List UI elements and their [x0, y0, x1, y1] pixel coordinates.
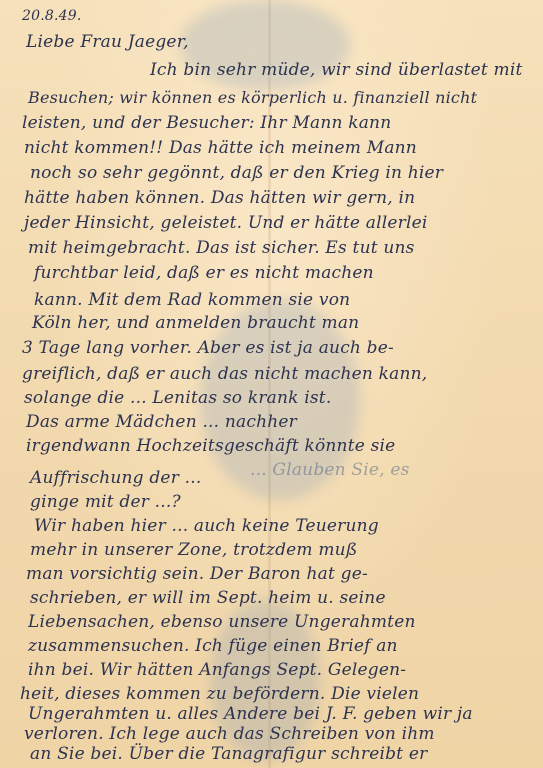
letter-line: ihn bei. Wir hätten Anfangs Sept. Gelege… [28, 660, 406, 680]
letter-line: mehr in unserer Zone, trotzdem muß [30, 540, 357, 560]
letter-date: 20.8.49. [22, 8, 82, 24]
letter-line: zusammensuchen. Ich füge einen Brief an [28, 636, 398, 656]
letter-line: Auffrischung der ... [30, 468, 201, 488]
letter-line: noch so sehr gegönnt, daß er den Krieg i… [30, 163, 443, 183]
letter-line: solange die ... Lenitas so krank ist. [24, 388, 331, 408]
letter-line: leisten, und der Besucher: Ihr Mann kann [22, 113, 391, 133]
letter-line: Ich bin sehr müde, wir sind überlastet m… [150, 60, 523, 80]
letter-line: Das arme Mädchen ... nachher [26, 412, 297, 432]
letter-line: ginge mit der ...? [30, 492, 181, 512]
letter-salutation: Liebe Frau Jaeger, [26, 32, 189, 52]
letter-line: Liebensachen, ebenso unsere Ungerahmten [28, 612, 416, 632]
letter-line: 3 Tage lang vorher. Aber es ist ja auch … [22, 338, 394, 358]
letter-line: irgendwann Hochzeitsgeschäft könnte sie [26, 436, 395, 456]
letter-line: kann. Mit dem Rad kommen sie von [34, 290, 350, 310]
letter-line: Besuchen; wir können es körperlich u. fi… [28, 88, 477, 107]
letter-line: ... Glauben Sie, es [250, 460, 410, 480]
letter-line: an Sie bei. Über die Tanagrafigur schrei… [30, 744, 427, 764]
letter-line: man vorsichtig sein. Der Baron hat ge- [26, 564, 368, 584]
letter-line: Köln her, und anmelden braucht man [32, 313, 359, 333]
letter-line: greiflich, daß er auch das nicht machen … [22, 364, 427, 384]
letter-line: Ungerahmten u. alles Andere bei J. F. ge… [28, 704, 473, 724]
letter-page: 20.8.49. Liebe Frau Jaeger, Ich bin sehr… [0, 0, 543, 768]
letter-line: jeder Hinsicht, geleistet. Und er hätte … [24, 213, 428, 233]
letter-line: Wir haben hier ... auch keine Teuerung [34, 516, 379, 536]
letter-line: furchtbar leid, daß er es nicht machen [34, 263, 374, 283]
letter-line: nicht kommen!! Das hätte ich meinem Mann [24, 138, 417, 158]
letter-line: schrieben, er will im Sept. heim u. sein… [30, 588, 386, 608]
letter-line: mit heimgebracht. Das ist sicher. Es tut… [28, 238, 415, 258]
letter-line: heit, dieses kommen zu befördern. Die vi… [20, 684, 419, 704]
letter-line: verloren. Ich lege auch das Schreiben vo… [24, 724, 435, 744]
letter-line: hätte haben können. Das hätten wir gern,… [24, 188, 415, 208]
